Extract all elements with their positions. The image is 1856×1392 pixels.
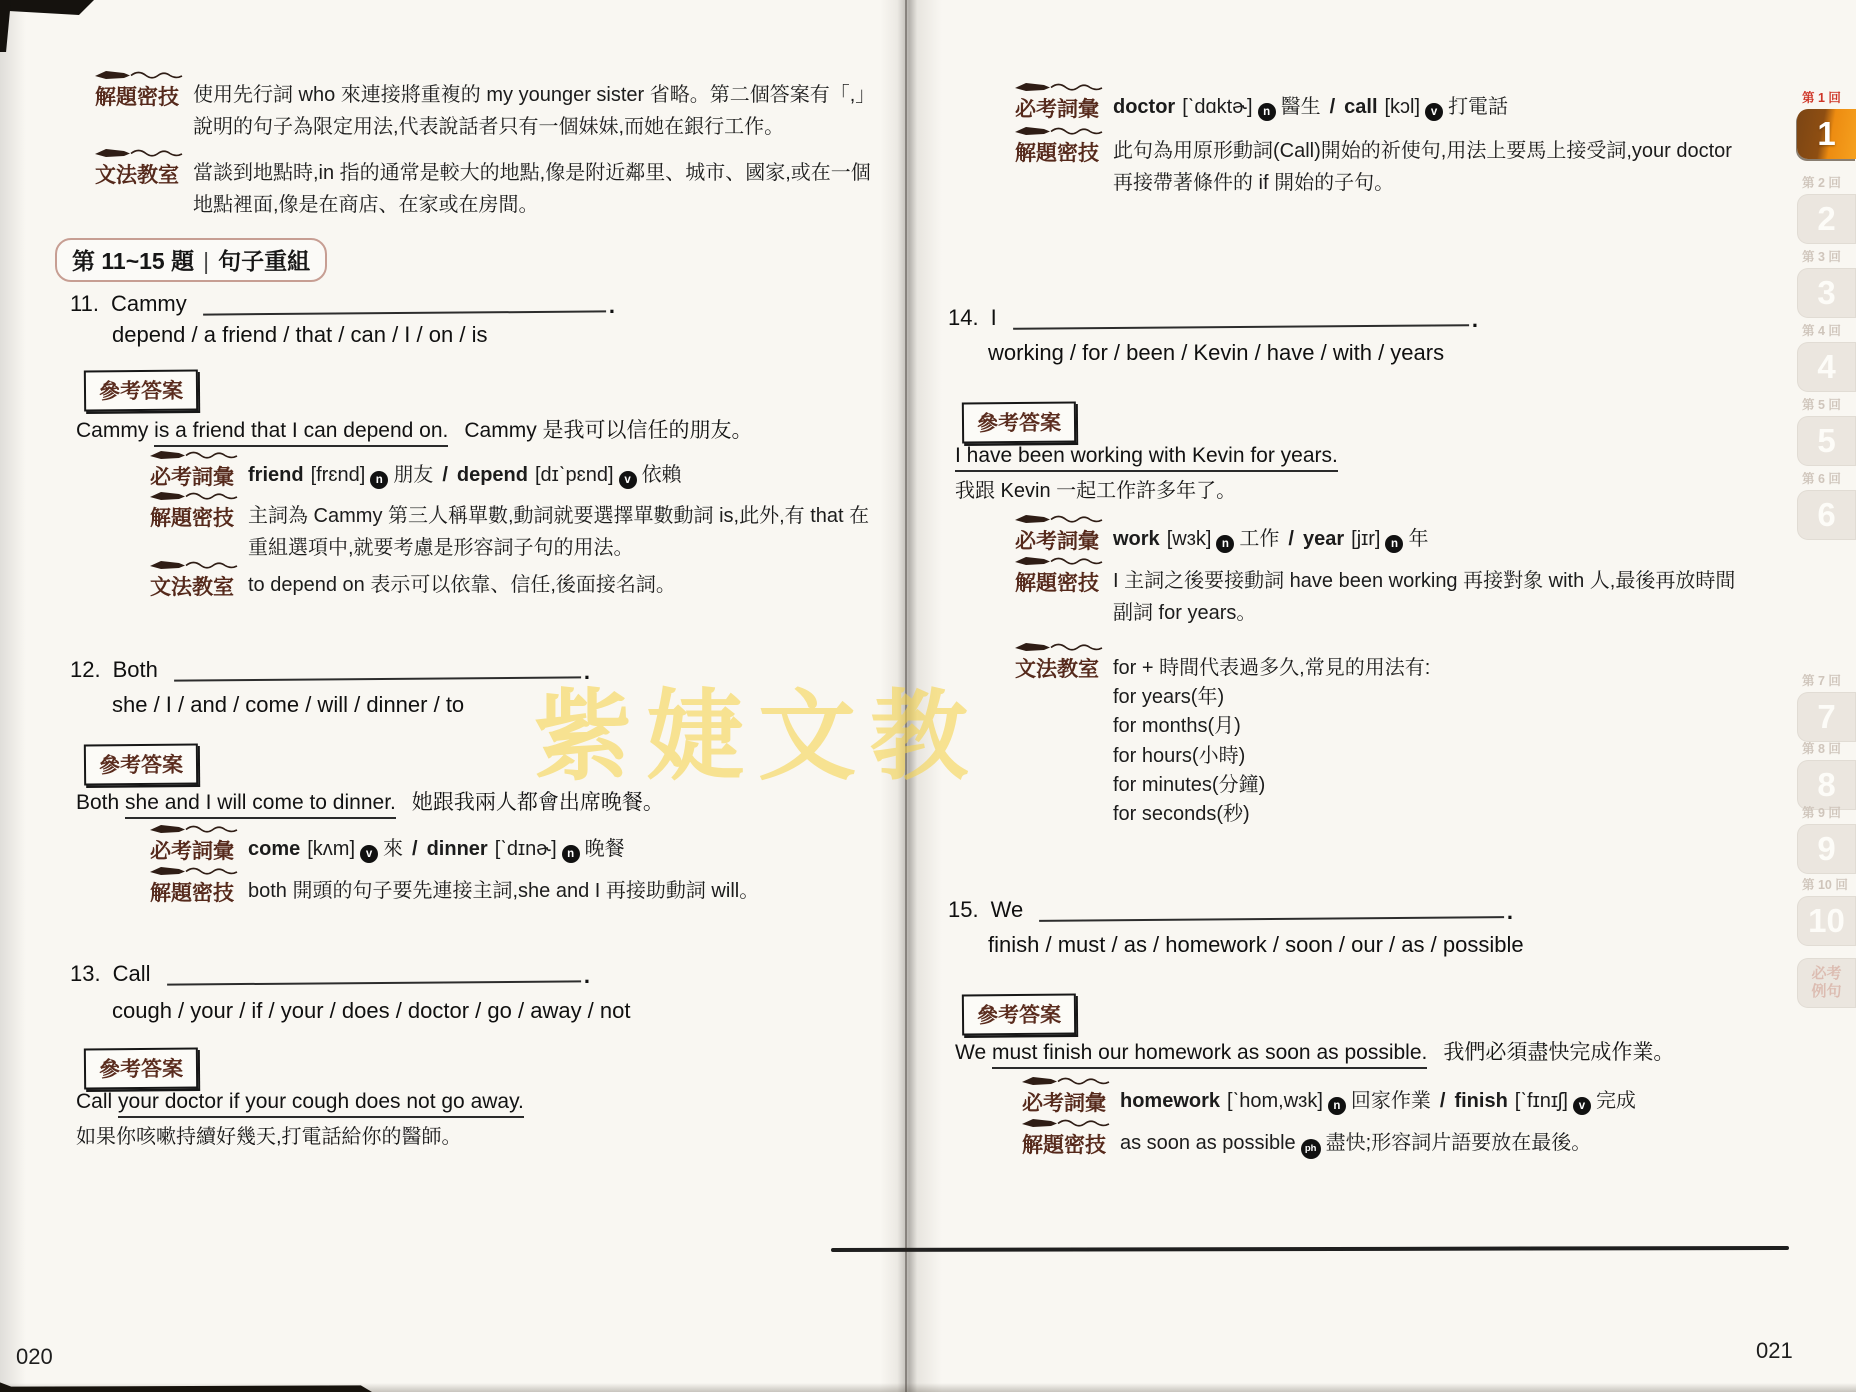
pos-circle: n [370,471,388,489]
tab-label: 第 3 回 [1796,247,1856,265]
pos-circle: v [1425,103,1443,121]
tab-number: 2 [1797,194,1856,244]
answer-lead: Cammy [76,419,154,442]
pen-icon [1013,80,1105,94]
vocab-text: doctor[ˋdɑktɚ]n醫生/call[kɔl]v打電話 [1113,92,1508,124]
answer-underlined: must finish our homework as soon as poss… [992,1041,1427,1069]
pen-icon [93,146,185,160]
grammar-intro: for + 時間代表過多久,常見的用法有: [1113,654,1748,683]
pos-circle: n [1258,103,1276,121]
grammar-item: for minutes(分鐘) [1113,771,1748,800]
side-tab-round-2: 第 2 回 2 [1796,173,1856,244]
tab-label: 第 2 回 [1796,173,1856,191]
answer-translation: 如果你咳嗽持續好幾天,打電話給你的醫師。 [76,1120,462,1149]
answer-underlined: your doctor if your cough does not go aw… [118,1090,524,1118]
question-13: 13. Call . [70,956,590,987]
vocab-label: 必考詞彙 [150,460,234,491]
tip-label-text: 解題密技 [1022,1134,1106,1157]
side-tab-round-4: 第 4 回 4 [1796,321,1856,392]
pen-icon [148,822,240,836]
tab-extra-text: 必考 例句 [1797,958,1856,1008]
grammar-block: 文法教室 for + 時間代表過多久,常見的用法有: for years(年) … [1015,652,1760,829]
question-number: 12. [70,657,101,683]
side-tab-column: 第 1 回 1 第 2 回 2 第 3 回 3 第 4 回 4 第 5 回 5 … [1792,0,1856,1392]
tab-number: 6 [1797,490,1856,540]
tip-label: 解題密技 [150,501,234,532]
tab-label: 第 5 回 [1796,395,1856,413]
pen-icon [148,489,240,503]
side-tab-round-5: 第 5 回 5 [1796,395,1856,466]
pen-icon [1013,512,1105,526]
answer-blank-line [166,954,581,985]
vocab-text: friend[frɛnd]n朋友/depend[dɪˋpɛnd]v依賴 [248,460,682,492]
question-lead: Cammy [111,291,187,317]
tip-block: 解題密技 此句為用原形動詞(Call)開始的祈使句,用法上要馬上接受詞,your… [1015,136,1760,199]
answer-blank-line [174,650,581,681]
side-tab-round-3: 第 3 回 3 [1796,247,1856,318]
pos-circle: n [1328,1097,1346,1115]
grammar-label-text: 文法教室 [150,576,234,599]
tip-label: 解題密技 [1015,566,1099,597]
tip-block: 解題密技 both 開頭的句子要先連接主詞,she and I 再接助動詞 wi… [150,876,890,908]
answer-translation: 她跟我兩人都會出席晚餐。 [412,791,664,814]
vocab-text: work[wɜk]n工作/year[jɪr]n年 [1113,524,1428,556]
grammar-item: for hours(小時) [1113,742,1748,771]
side-tab-round-1: 第 1 回 1 [1796,88,1856,159]
tab-number: 4 [1797,342,1856,392]
tip-block: 解題密技 主詞為 Cammy 第三人稱單數,動詞就要選擇單數動詞 is,此外,有… [150,501,890,564]
reference-answer-box: 參考答案 [962,402,1076,444]
pos-circle: v [1573,1097,1591,1115]
scan-edge-shadow [0,0,26,1392]
vocab-text: homework[ˋhom,wɜk]n回家作業/finish[ˋfɪnɪʃ]v完… [1120,1086,1636,1118]
reference-answer-box: 參考答案 [84,1048,198,1090]
sentence-period: . [1507,899,1513,925]
vocab-label-text: 必考詞彙 [1015,530,1099,553]
side-tab-round-8: 第 8 回 8 [1796,739,1856,810]
vocab-label-text: 必考詞彙 [150,840,234,863]
answer-lead: We [955,1041,992,1064]
pen-icon [1013,640,1105,654]
question-12: 12. Both . [70,652,590,683]
pen-icon [148,558,240,572]
question-15: 15. We . [948,892,1513,923]
answer-blank-line [1039,890,1504,922]
vocab-row: 必考詞彙 work[wɜk]n工作/year[jɪr]n年 [1015,524,1735,556]
sentence-period: . [1472,307,1478,333]
pos-circle: n [1216,535,1234,553]
grammar-block-carryover: 文法教室 當談到地點時,in 指的通常是較大的地點,像是附近鄰里、城市、國家,或… [95,158,895,221]
grammar-label-text: 文法教室 [95,164,179,187]
tip-text: I 主詞之後要接動詞 have been working 再接對象 with 人… [1113,566,1748,629]
answer-underlined: is a friend that I can depend on. [154,419,448,447]
sentence-period: . [609,293,615,319]
tab-number: 5 [1797,416,1856,466]
answer-lead: Both [76,791,125,814]
pos-circle: v [619,471,637,489]
word-bank: she / I / and / come / will / dinner / t… [112,692,464,718]
vocab-row: 必考詞彙 doctor[ˋdɑktɚ]n醫生/call[kɔl]v打電話 [1015,92,1755,124]
pos-circle: n [1385,535,1403,553]
pen-icon [1020,1116,1112,1130]
page-gutter-shadow [880,0,942,1392]
tab-label: 第 1 回 [1796,88,1856,106]
question-14: 14. I . [948,300,1478,331]
question-lead: I [991,305,997,331]
phrase-circle: ph [1301,1139,1321,1159]
tab-number: 3 [1797,268,1856,318]
word-bank: cough / your / if / your / does / doctor… [112,998,631,1024]
answer-sentence: I have been working with Kevin for years… [955,444,1338,468]
word-bank: finish / must / as / homework / soon / o… [988,932,1524,958]
tab-number: 1 [1797,109,1856,159]
grammar-item: for months(月) [1113,712,1748,741]
answer-translation: 我跟 Kevin 一起工作許多年了。 [955,474,1236,503]
question-11: 11. Cammy . [70,286,615,317]
vocab-row: 必考詞彙 homework[ˋhom,wɜk]n回家作業/finish[ˋfɪn… [1022,1086,1742,1118]
page-gutter-line [905,0,907,1392]
tip-label: 解題密技 [150,876,234,907]
vocab-row: 必考詞彙 friend[frɛnd]n朋友/depend[dɪˋpɛnd]v依賴 [150,460,870,492]
answer-translation: Cammy 是我可以信任的朋友。 [464,419,752,442]
grammar-item: for years(年) [1113,683,1748,712]
question-number: 13. [70,961,101,987]
pos-circle: n [562,845,580,863]
pen-icon [1020,1074,1112,1088]
question-number: 15. [948,897,979,923]
tip-label: 解題密技 [1022,1128,1106,1159]
tip-text: 此句為用原形動詞(Call)開始的祈使句,用法上要馬上接受詞,your doct… [1113,136,1743,199]
answer-lead: Call [76,1090,118,1113]
side-tab-round-10: 第 10 回 10 [1796,875,1856,946]
pen-icon [93,68,185,82]
tab-label: 第 7 回 [1796,671,1856,689]
tab-label: 第 9 回 [1796,803,1856,821]
answer-blank-line [1013,298,1469,330]
tip-block: 解題密技 I 主詞之後要接動詞 have been working 再接對象 w… [1015,566,1760,629]
vocab-label: 必考詞彙 [1015,524,1099,555]
reference-answer-box: 參考答案 [84,370,198,412]
sentence-period: . [584,659,590,685]
question-number: 11. [70,291,99,317]
question-lead: Both [113,657,158,683]
pen-icon [1013,554,1105,568]
answer-sentence: We must finish our homework as soon as p… [955,1036,1674,1066]
answer-sentence: Call your doctor if your cough does not … [76,1090,524,1114]
tip-label-text: 解題密技 [95,86,179,109]
vocab-row: 必考詞彙 come[kʌm]v來/dinner[ˋdɪnɚ]n晚餐 [150,834,870,866]
tip-text: as soon as possibleph盡快;形容詞片語要放在最後。 [1120,1128,1591,1160]
tab-label: 第 6 回 [1796,469,1856,487]
word-bank: working / for / been / Kevin / have / wi… [988,340,1444,366]
tip-label-text: 解題密技 [150,882,234,905]
tip-label: 解題密技 [95,80,179,111]
vocab-label-text: 必考詞彙 [1015,98,1099,121]
vocab-label-text: 必考詞彙 [1022,1092,1106,1115]
tip-label-text: 解題密技 [1015,572,1099,595]
pen-icon [148,864,240,878]
tip-text: 使用先行詞 who 來連接將重複的 my younger sister 省略。第… [193,80,883,143]
word-bank: depend / a friend / that / can / I / on … [112,322,487,348]
pen-icon [1013,124,1105,138]
vocab-text: come[kʌm]v來/dinner[ˋdɪnɚ]n晚餐 [248,834,625,866]
section-divider: | [203,248,209,274]
answer-blank-line [203,284,606,315]
grammar-block: 文法教室 to depend on 表示可以依靠、信任,後面接名詞。 [150,570,890,602]
pos-circle: v [360,845,378,863]
side-tab-round-9: 第 9 回 9 [1796,803,1856,874]
answer-translation: 我們必須盡快完成作業。 [1443,1041,1674,1064]
tab-label: 第 10 回 [1796,875,1856,893]
reference-answer-box: 參考答案 [84,744,198,786]
answer-sentence: Both she and I will come to dinner.她跟我兩人… [76,786,664,816]
grammar-label-text: 文法教室 [1015,658,1099,681]
tab-number: 9 [1797,824,1856,874]
pen-icon [148,448,240,462]
side-tab-round-7: 第 7 回 7 [1796,671,1856,742]
grammar-item: for seconds(秒) [1113,800,1748,829]
tip-label: 解題密技 [1015,136,1099,167]
grammar-label: 文法教室 [95,158,179,189]
answer-underlined: she and I will come to dinner. [125,791,396,819]
grammar-label: 文法教室 [150,570,234,601]
tab-number: 10 [1797,896,1856,946]
grammar-text: for + 時間代表過多久,常見的用法有: for years(年) for m… [1113,654,1748,829]
sentence-period: . [584,963,590,989]
tab-label: 第 4 回 [1796,321,1856,339]
section-title: 句子重組 [218,248,310,274]
question-number: 14. [948,305,979,331]
vocab-label-text: 必考詞彙 [150,466,234,489]
vocab-label: 必考詞彙 [1015,92,1099,123]
side-tab-extra: 必考 例句 [1796,958,1856,1008]
answer-underlined: I have been working with Kevin for years… [955,444,1338,472]
tab-label: 第 8 回 [1796,739,1856,757]
section-range: 第 11~15 題 [72,248,194,274]
side-tab-round-6: 第 6 回 6 [1796,469,1856,540]
grammar-text: 當談到地點時,in 指的通常是較大的地點,像是附近鄰里、城市、國家,或在一個地點… [193,158,883,221]
answer-sentence: Cammy is a friend that I can depend on.C… [76,414,753,444]
grammar-text: to depend on 表示可以依靠、信任,後面接名詞。 [248,570,878,602]
question-lead: We [991,897,1024,923]
question-lead: Call [113,961,151,987]
tip-text: 主詞為 Cammy 第三人稱單數,動詞就要選擇單數動詞 is,此外,有 that… [248,501,878,564]
tip-block-carryover: 解題密技 使用先行詞 who 來連接將重複的 my younger sister… [95,80,895,143]
bottom-rule [831,1246,1789,1252]
grammar-label: 文法教室 [1015,652,1099,683]
tip-block: 解題密技 as soon as possibleph盡快;形容詞片語要放在最後。 [1022,1128,1767,1160]
tab-number: 7 [1797,692,1856,742]
tip-label-text: 解題密技 [150,507,234,530]
vocab-label: 必考詞彙 [150,834,234,865]
reference-answer-box: 參考答案 [962,994,1076,1036]
tip-label-text: 解題密技 [1015,142,1099,165]
page-number-right: 021 [1756,1338,1793,1364]
vocab-label: 必考詞彙 [1022,1086,1106,1117]
tip-text: both 開頭的句子要先連接主詞,she and I 再接助動詞 will。 [248,876,878,908]
section-header: 第 11~15 題|句子重組 [55,238,327,282]
